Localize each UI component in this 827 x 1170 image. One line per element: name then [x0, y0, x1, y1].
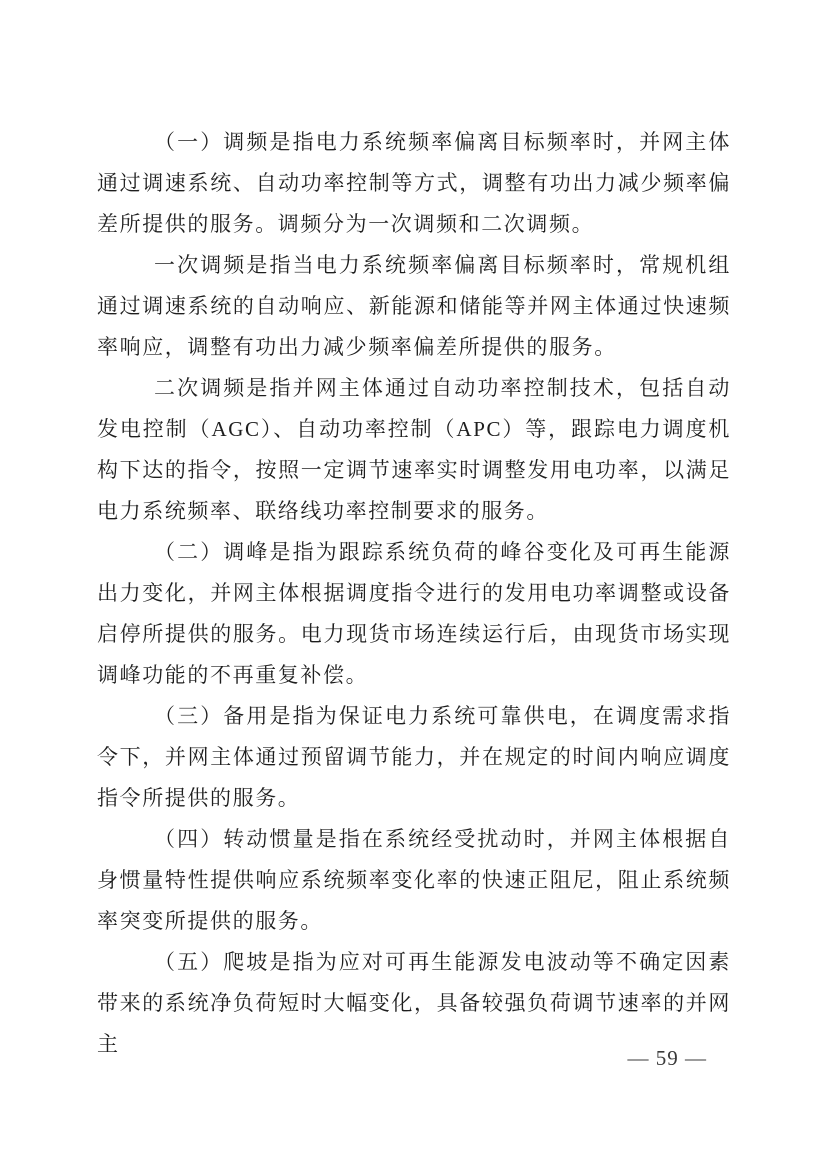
paragraph-rotational-inertia: （四）转动惯量是指在系统经受扰动时，并网主体根据自身惯量特性提供响应系统频率变化… — [97, 819, 731, 942]
document-body: （一）调频是指电力系统频率偏离目标频率时，并网主体通过调速系统、自动功率控制等方… — [97, 122, 731, 1065]
paragraph-secondary-frequency-regulation: 二次调频是指并网主体通过自动功率控制技术，包括自动发电控制（AGC）、自动功率控… — [97, 368, 731, 532]
paragraph-primary-frequency-regulation: 一次调频是指当电力系统频率偏离目标频率时，常规机组通过调速系统的自动响应、新能源… — [97, 245, 731, 368]
page-number: — 59 — — [628, 1046, 708, 1071]
document-page: （一）调频是指电力系统频率偏离目标频率时，并网主体通过调速系统、自动功率控制等方… — [0, 0, 827, 1170]
paragraph-frequency-regulation: （一）调频是指电力系统频率偏离目标频率时，并网主体通过调速系统、自动功率控制等方… — [97, 122, 731, 245]
paragraph-peak-regulation: （二）调峰是指为跟踪系统负荷的峰谷变化及可再生能源出力变化，并网主体根据调度指令… — [97, 532, 731, 696]
paragraph-reserve: （三）备用是指为保证电力系统可靠供电，在调度需求指令下，并网主体通过预留调节能力… — [97, 696, 731, 819]
